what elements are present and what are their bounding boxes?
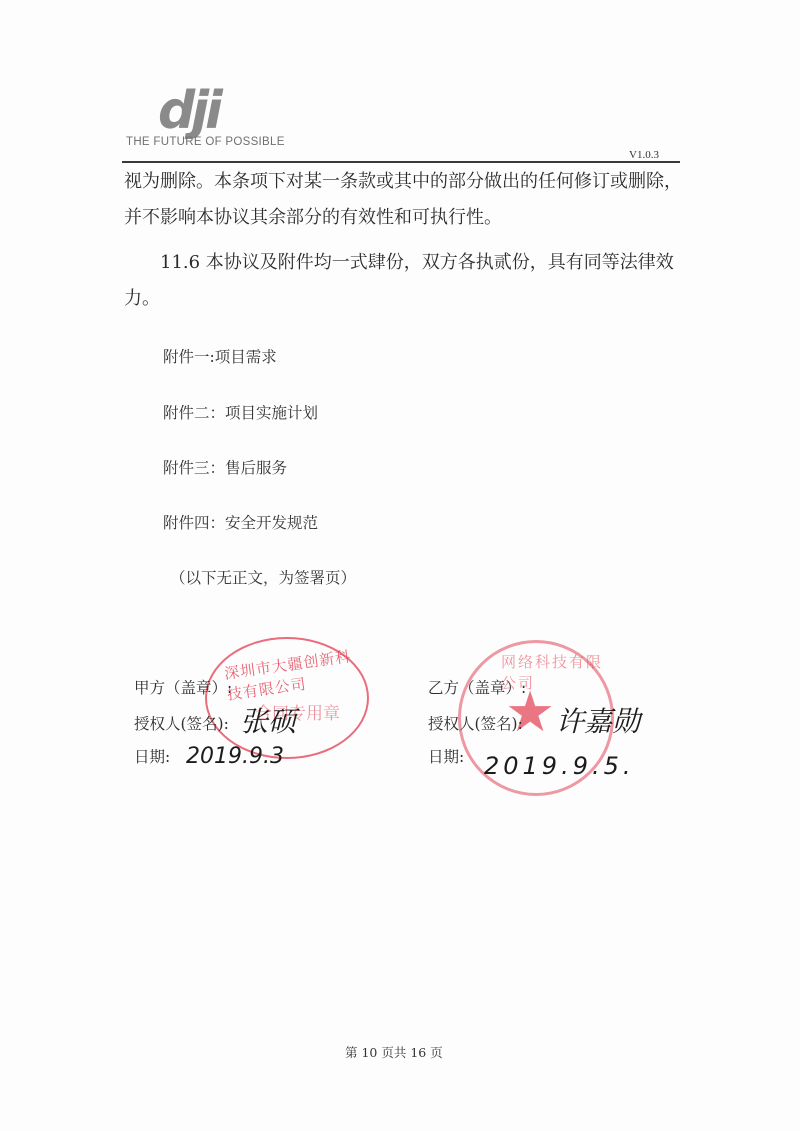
party-b-signature: 许嘉勋 xyxy=(556,700,640,740)
annex-item: 附件四：安全开发规范 xyxy=(163,511,318,533)
document-page: dji THE FUTURE OF POSSIBLE V1.0.3 视为删除。本… xyxy=(0,0,800,1131)
tagline: THE FUTURE OF POSSIBLE xyxy=(126,136,285,148)
page-number: 第 10 页共 16 页 xyxy=(345,1043,443,1061)
paragraph-clause-continuation: 视为删除。本条项下对某一条款或其中的部分做出的任何修订或删除，并不影响本协议其余… xyxy=(124,164,684,236)
annex-item: 附件三：售后服务 xyxy=(163,456,287,478)
party-a-signer-label: 授权人(签名): xyxy=(134,712,229,734)
party-a-date-label: 日期: xyxy=(134,745,170,767)
party-b-date-handwritten: 2019.9.5. xyxy=(484,752,635,780)
party-b-seal-label: 乙方（盖章）: xyxy=(428,676,526,698)
header-rule xyxy=(122,161,680,163)
annex-item: 附件二：项目实施计划 xyxy=(163,401,318,423)
party-a-company-stamp: 深圳市大疆创新科技有限公司 合同专用章 xyxy=(205,637,369,759)
party-a-signature: 张硕 xyxy=(240,700,296,740)
party-b-signer-label: 授权人(签名): xyxy=(428,712,523,734)
paragraph-clause-11-6: 11.6 本协议及附件均一式肆份，双方各执贰份，具有同等法律效力。 xyxy=(124,245,684,317)
party-b-date-label: 日期: xyxy=(428,745,464,767)
dji-logo: dji xyxy=(158,85,219,137)
logo-mark: dji xyxy=(158,81,219,141)
annex-item: 附件一:项目需求 xyxy=(163,345,277,367)
stamp-text: 深圳市大疆创新科技有限公司 xyxy=(223,643,369,704)
version-label: V1.0.3 xyxy=(629,149,659,161)
party-a-date-handwritten: 2019.9.3 xyxy=(186,744,284,769)
party-a-seal-label: 甲方（盖章）: xyxy=(134,676,232,698)
no-further-text-note: （以下无正文，为签署页） xyxy=(170,566,356,588)
